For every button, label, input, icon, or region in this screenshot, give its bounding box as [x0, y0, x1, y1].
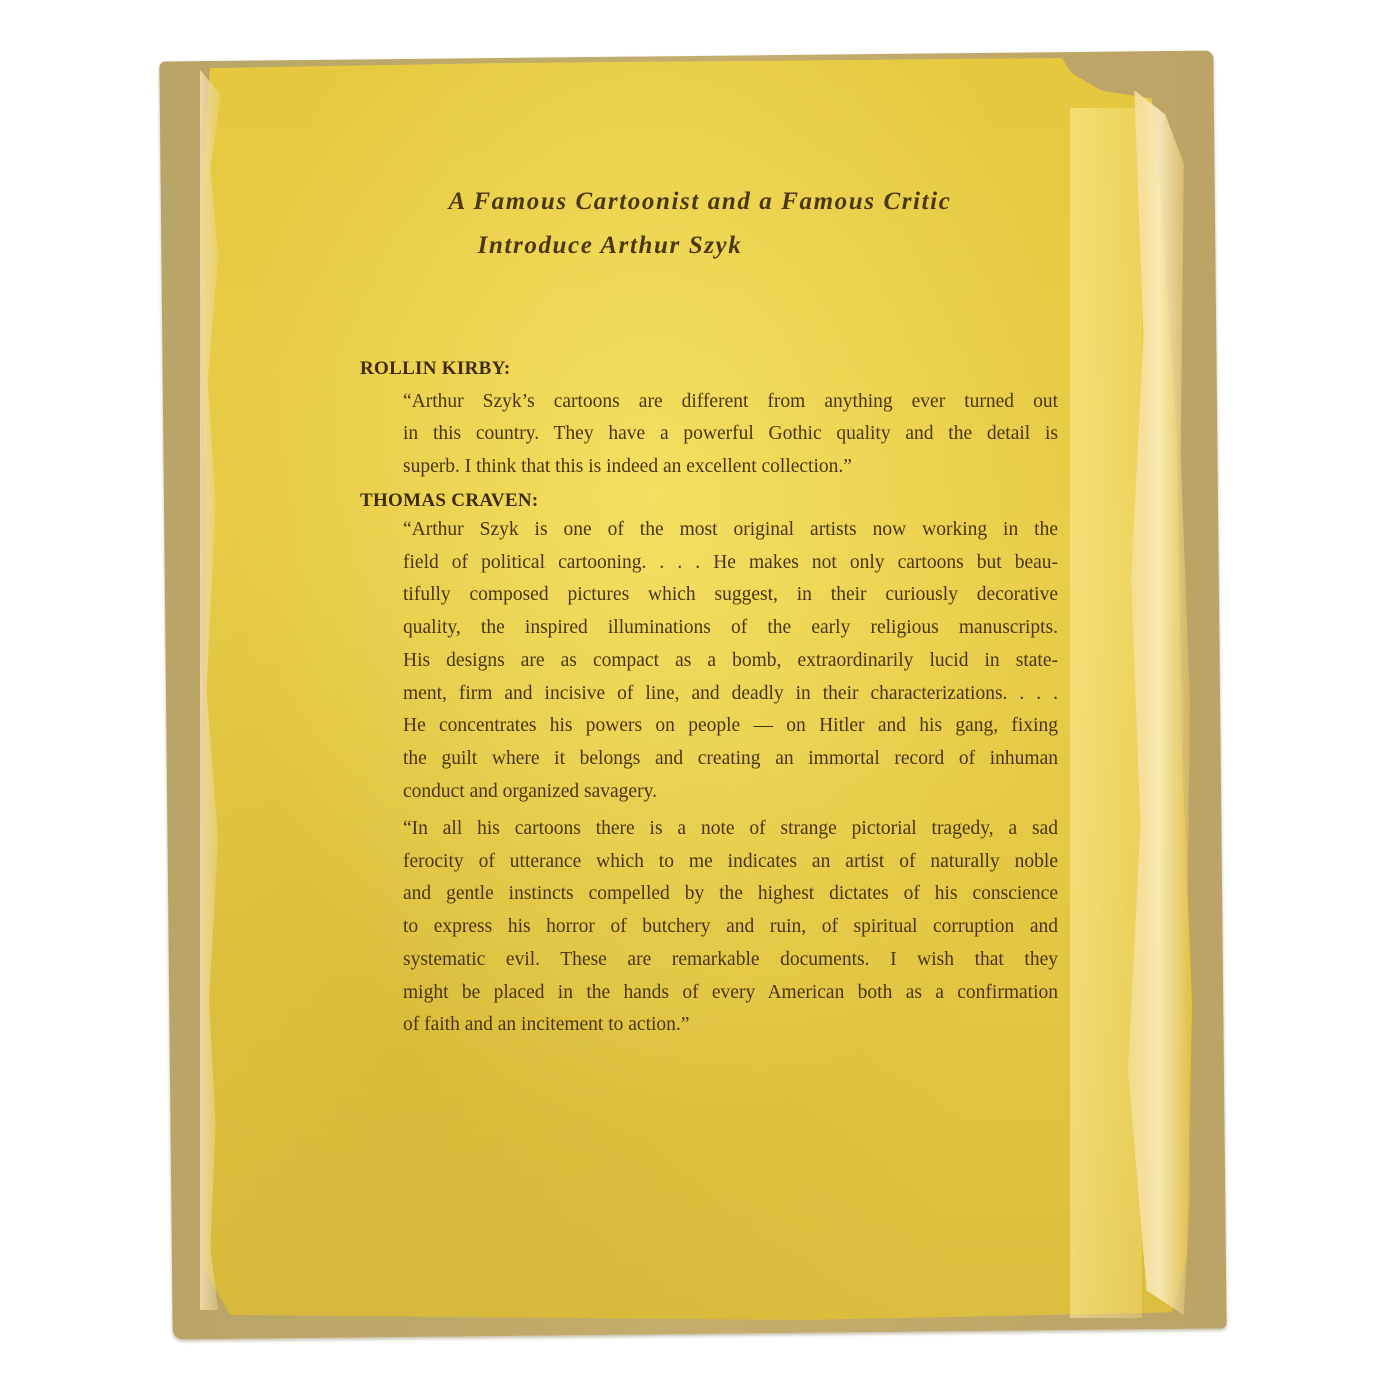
quote-line: “Arthur Szyk is one of the most original…: [403, 514, 1063, 547]
quote-line: superb. I think that this is indeed an e…: [403, 451, 1063, 484]
quote-line: in this country. They have a powerful Go…: [403, 418, 1063, 451]
quote-line: tifully composed pictures which suggest,…: [403, 579, 1063, 612]
testimonial-quote-craven-2: “In all his cartoons there is a note of …: [403, 813, 1063, 1042]
quote-line: quality, the inspired illuminations of t…: [403, 612, 1063, 645]
quote-line: field of political cartooning. . . . He …: [403, 547, 1063, 580]
headline-line-1: A Famous Cartoonist and a Famous Critic: [360, 188, 1040, 216]
quote-line: ferocity of utterance which to me indica…: [403, 846, 1063, 879]
quote-line: of faith and an incitement to action.”: [403, 1009, 1063, 1042]
testimonial-name-craven: THOMAS CRAVEN:: [360, 490, 539, 512]
testimonial-quote-craven-1: “Arthur Szyk is one of the most original…: [403, 514, 1063, 808]
quote-line: systematic evil. These are remarkable do…: [403, 944, 1063, 977]
quote-line: His designs are as compact as a bomb, ex…: [403, 645, 1063, 678]
quote-line: He concentrates his powers on people — o…: [403, 710, 1063, 743]
testimonial-quote-kirby: “Arthur Szyk’s cartoons are different fr…: [403, 353, 1063, 484]
quote-line: “Arthur Szyk’s cartoons are different fr…: [403, 386, 1063, 419]
quote-line: and gentle instincts compelled by the hi…: [403, 878, 1063, 911]
jacket-text: A Famous Cartoonist and a Famous Critic …: [0, 0, 1400, 1400]
quote-line: ment, firm and incisive of line, and dea…: [403, 678, 1063, 711]
quote-line: might be placed in the hands of every Am…: [403, 977, 1063, 1010]
quote-line: the guilt where it belongs and creating …: [403, 743, 1063, 776]
quote-line: conduct and organized savagery.: [403, 776, 1063, 809]
headline-line-2: Introduce Arthur Szyk: [350, 232, 870, 260]
quote-line: to express his horror of butchery and ru…: [403, 911, 1063, 944]
quote-line: “In all his cartoons there is a note of …: [403, 813, 1063, 846]
